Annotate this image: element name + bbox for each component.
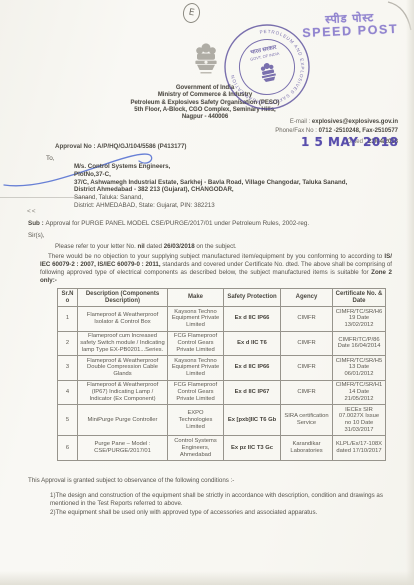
received-date-stamp: 1 5 MAY 2018 bbox=[301, 135, 398, 149]
cell-description: MiniPurge Purge Controller bbox=[78, 405, 168, 436]
phone-label: Phone/Fax No : bbox=[275, 128, 318, 134]
cell-description: Purge Pane – Model : CSE/PURGE/2017/01 bbox=[78, 436, 168, 460]
seal-emblem-glyph bbox=[259, 62, 277, 83]
para-pre: There would be no objection to your supp… bbox=[48, 253, 384, 260]
cell-protection: Ex d IIC IP66 bbox=[224, 307, 281, 331]
cell-protection: Ex d IIC IP67 bbox=[224, 380, 281, 404]
cell-agency: CIMFR bbox=[281, 356, 333, 380]
col-header-agency: Agency bbox=[281, 289, 333, 307]
col-header-certificate: Certificate No. & Date bbox=[333, 289, 386, 307]
table-header-row: Sr.No Description (Components Descriptio… bbox=[58, 289, 386, 307]
address-line: District: AHMEDABAD, State: Gujarat, PIN… bbox=[74, 202, 406, 210]
subject-label: Sub : bbox=[28, 220, 46, 227]
cell-certificate: CIMFR/TC/SR/H513 Date 06/01/2012 bbox=[333, 356, 386, 380]
condition-item: 1)The design and construction of the equ… bbox=[50, 492, 386, 508]
address-line: 37/C, Ashwamegh Industrial Estate, Sarkh… bbox=[74, 179, 406, 187]
cell-srno: 6 bbox=[58, 436, 78, 460]
address-line: Sanand, Taluka: Sanand, bbox=[74, 194, 406, 202]
cell-agency: SIRA certification Service bbox=[281, 405, 333, 436]
cell-description: Flameproof & Weatherproof Double Compres… bbox=[78, 356, 168, 380]
collation-mark: << bbox=[27, 208, 37, 215]
cell-protection: Ex pz IIC T3 Gc bbox=[224, 436, 281, 460]
refer-mid: dated bbox=[145, 243, 164, 250]
cell-srno: 2 bbox=[58, 331, 78, 355]
table-row: 3 Flameproof & Weatherproof Double Compr… bbox=[58, 356, 386, 380]
col-header-protection: Safety Protection bbox=[224, 289, 281, 307]
refer-post: on the subject. bbox=[195, 243, 237, 250]
cell-description: Flameproof & Weatherproof Isolator & Con… bbox=[78, 307, 168, 331]
condition-item: 2)The equipment shall be used only with … bbox=[50, 509, 386, 517]
subject-line: Sub : Approval for PURGE PANEL MODEL CSE… bbox=[28, 220, 400, 227]
cell-srno: 3 bbox=[58, 356, 78, 380]
address-line: District Ahmedabad - 382 213 (Gujarat), … bbox=[74, 186, 406, 194]
header-line-city: Nagpur - 440006 bbox=[110, 114, 300, 121]
email-label: E-mail : bbox=[290, 119, 312, 125]
cell-description: Flameproof cum Increased safety Switch m… bbox=[78, 331, 168, 355]
cell-make: EXPO Technologies Limited bbox=[168, 405, 224, 436]
components-table: Sr.No Description (Components Descriptio… bbox=[57, 288, 386, 461]
right-edge-shadow bbox=[406, 0, 414, 585]
conditions-intro: This Approval is granted subject to obse… bbox=[28, 477, 234, 484]
cell-certificate: CIMFR/TC/P/86 Date 16/04/2014 bbox=[333, 331, 386, 355]
table-row: 5 MiniPurge Purge Controller EXPO Techno… bbox=[58, 405, 386, 436]
col-header-make: Make bbox=[168, 289, 224, 307]
table-row: 1 Flameproof & Weatherproof Isolator & C… bbox=[58, 307, 386, 331]
refer-pre: Please refer to your letter No. bbox=[55, 243, 138, 250]
table-row: 2 Flameproof cum Increased safety Switch… bbox=[58, 331, 386, 355]
table-row: 6 Purge Pane – Model : CSE/PURGE/2017/01… bbox=[58, 436, 386, 460]
cell-certificate: KLPL/Ex/17-108X dated 17/10/2017 bbox=[333, 436, 386, 460]
cell-protection: Ex [pxb]IIC T6 Gb bbox=[224, 405, 281, 436]
cell-make: Kaysons Techno Equipment Private Limited bbox=[168, 307, 224, 331]
salutation-line: Sir(s), bbox=[28, 232, 45, 239]
subject-text: Approval for PURGE PANEL MODEL CSE/PURGE… bbox=[46, 220, 310, 227]
contact-email-line: E-mail : explosives@explosives.gov.in bbox=[275, 118, 398, 127]
phone-value: 0712 -2510248, Fax-2510577 bbox=[319, 128, 398, 134]
cell-agency: CIMFR bbox=[281, 331, 333, 355]
table-row: 4 Flameproof & Weatherproof (IP67) Indic… bbox=[58, 380, 386, 404]
contact-block: E-mail : explosives@explosives.gov.in Ph… bbox=[275, 118, 398, 135]
cell-protection: Ex d IIC T6 bbox=[224, 331, 281, 355]
refer-letter-no: nil bbox=[138, 243, 145, 250]
cell-make: Kaysons Techno Equipment Private Limited bbox=[168, 356, 224, 380]
cell-srno: 1 bbox=[58, 307, 78, 331]
cell-agency: CIMFR bbox=[281, 380, 333, 404]
body-paragraph: There would be no objection to your supp… bbox=[40, 253, 392, 285]
col-header-description: Description (Components Description) bbox=[78, 289, 168, 307]
col-header-srno: Sr.No bbox=[58, 289, 78, 307]
address-line: M/s. Control Systems Engineers, bbox=[74, 163, 406, 171]
email-value: explosives@explosives.gov.in bbox=[312, 119, 398, 125]
cell-agency: CIMFR bbox=[281, 307, 333, 331]
speed-post-stamp: स्पीड पोस्ट SPEED POST bbox=[288, 10, 413, 41]
conditions-list: 1)The design and construction of the equ… bbox=[50, 492, 386, 518]
cell-srno: 4 bbox=[58, 380, 78, 404]
cell-make: FCG Flameproof Control Gears Private Lim… bbox=[168, 380, 224, 404]
reference-sentence: Please refer to your letter No. nil date… bbox=[55, 243, 237, 250]
address-block: M/s. Control Systems Engineers, PlotNo,3… bbox=[74, 163, 406, 210]
cell-certificate: CIMFR/TC/SR/H114 Date 21/05/2012 bbox=[333, 380, 386, 404]
cell-protection: Ex d IIC IP66 bbox=[224, 356, 281, 380]
cell-make: Control Systems Engineers, Ahmedabad bbox=[168, 436, 224, 460]
bottom-edge-shadow bbox=[0, 571, 414, 585]
cell-certificate: IECEx SIR 07.0027X Issue no 10 Date 31/0… bbox=[333, 405, 386, 436]
cell-certificate: CIMFR/TC/SR/H619 Date 13/02/2012 bbox=[333, 307, 386, 331]
pencil-mark-letter: E bbox=[188, 8, 195, 19]
cell-description: Flameproof & Weatherproof (IP67) Indicat… bbox=[78, 380, 168, 404]
cell-make: FCG Flameproof Control Gears Private Lim… bbox=[168, 331, 224, 355]
cell-srno: 5 bbox=[58, 405, 78, 436]
refer-date: 26/03/2018 bbox=[164, 243, 195, 250]
address-line: PlotNo,37-C, bbox=[74, 171, 406, 179]
cell-agency: Karandikar Laboratories bbox=[281, 436, 333, 460]
national-emblem-icon bbox=[188, 41, 224, 85]
